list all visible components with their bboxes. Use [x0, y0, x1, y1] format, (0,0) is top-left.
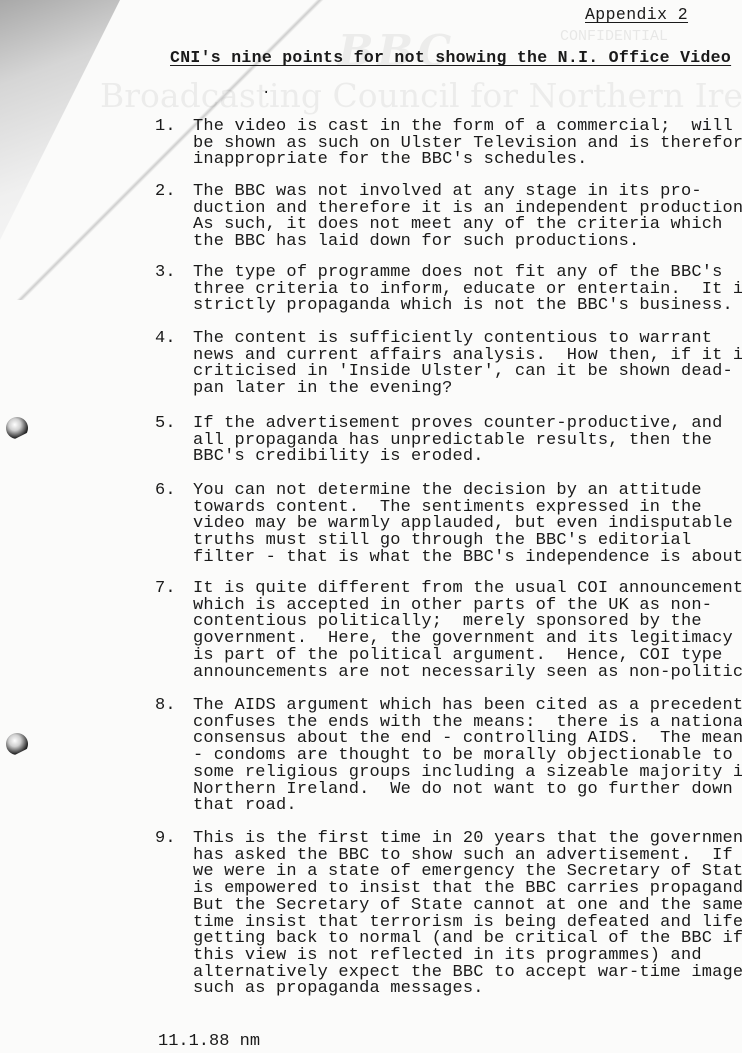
punch-hole-icon: [6, 733, 28, 755]
point-number: 9.: [155, 831, 176, 848]
point-text: The BBC was not involved at any stage in…: [193, 184, 742, 251]
point-text: You can not determine the decision by an…: [193, 483, 742, 567]
stray-mark: .: [262, 82, 270, 98]
point-text: The AIDS argument which has been cited a…: [193, 698, 742, 815]
ghost-letterhead: Broadcasting Council for Northern Irelan…: [100, 76, 742, 115]
document-title: CNI's nine points for not showing the N.…: [170, 48, 731, 67]
point-number: 5.: [155, 416, 176, 433]
point-text: It is quite different from the usual COI…: [193, 581, 742, 681]
point-number: 3.: [155, 265, 176, 282]
point-number: 2.: [155, 184, 176, 201]
point-number: 6.: [155, 483, 176, 500]
punch-hole-icon: [6, 417, 28, 439]
date-reference: 11.1.88 nm: [158, 1032, 260, 1051]
point-number: 8.: [155, 698, 176, 715]
point-number: 7.: [155, 581, 176, 598]
ghost-stamp: CONFIDENTIAL: [560, 28, 668, 45]
point-text: The content is sufficiently contentious …: [193, 331, 742, 398]
point-text: The type of programme does not fit any o…: [193, 265, 742, 315]
point-text: This is the first time in 20 years that …: [193, 831, 742, 998]
point-text: The video is cast in the form of a comme…: [193, 119, 742, 169]
appendix-label: Appendix 2: [585, 5, 688, 24]
point-number: 4.: [155, 331, 176, 348]
point-text: If the advertisement proves counter-prod…: [193, 416, 722, 466]
document-page: BBC Broadcasting Council for Northern Ir…: [0, 0, 742, 1053]
point-number: 1.: [155, 119, 176, 136]
